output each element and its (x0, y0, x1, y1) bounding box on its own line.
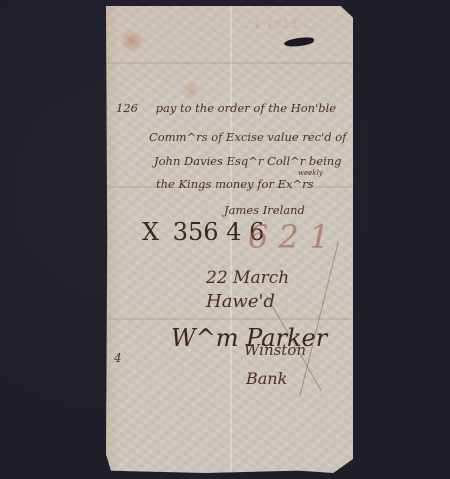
fold-line-horizontal (106, 318, 353, 320)
date: 22 March (206, 268, 289, 288)
text-line-1: 126 pay to the order of the Hon'ble (116, 101, 336, 115)
amount: X 356 4 6 (142, 218, 264, 246)
red-annotation: 6 2 1 (248, 218, 329, 256)
side-mark: 4 (114, 351, 122, 365)
fold-line-horizontal (106, 62, 353, 64)
stain (181, 81, 201, 99)
text-line-4: the Kings money for Ex^rs (156, 177, 314, 191)
text-line-3: John Davies Esq^r Coll^r being (154, 154, 342, 168)
faint-printed-header: ... 1 1755 ... (236, 18, 316, 31)
superscript-insert: weekly (298, 169, 323, 177)
text-line-2: Comm^rs of Excise value rec'd of (149, 130, 346, 144)
ink-blot (284, 36, 315, 47)
endorsement-4: Bank (246, 369, 287, 388)
line-text: pay to the order of the Hon'ble (156, 101, 337, 115)
stain (120, 30, 144, 52)
endorsement-1: Hawe'd (206, 291, 275, 312)
document-paper: ... 1 1755 ... 126 pay to the order of t… (106, 6, 353, 473)
note-number: 126 (116, 101, 138, 115)
amount-mark: X (142, 218, 159, 246)
signature-james-ireland: James Ireland (224, 203, 305, 217)
